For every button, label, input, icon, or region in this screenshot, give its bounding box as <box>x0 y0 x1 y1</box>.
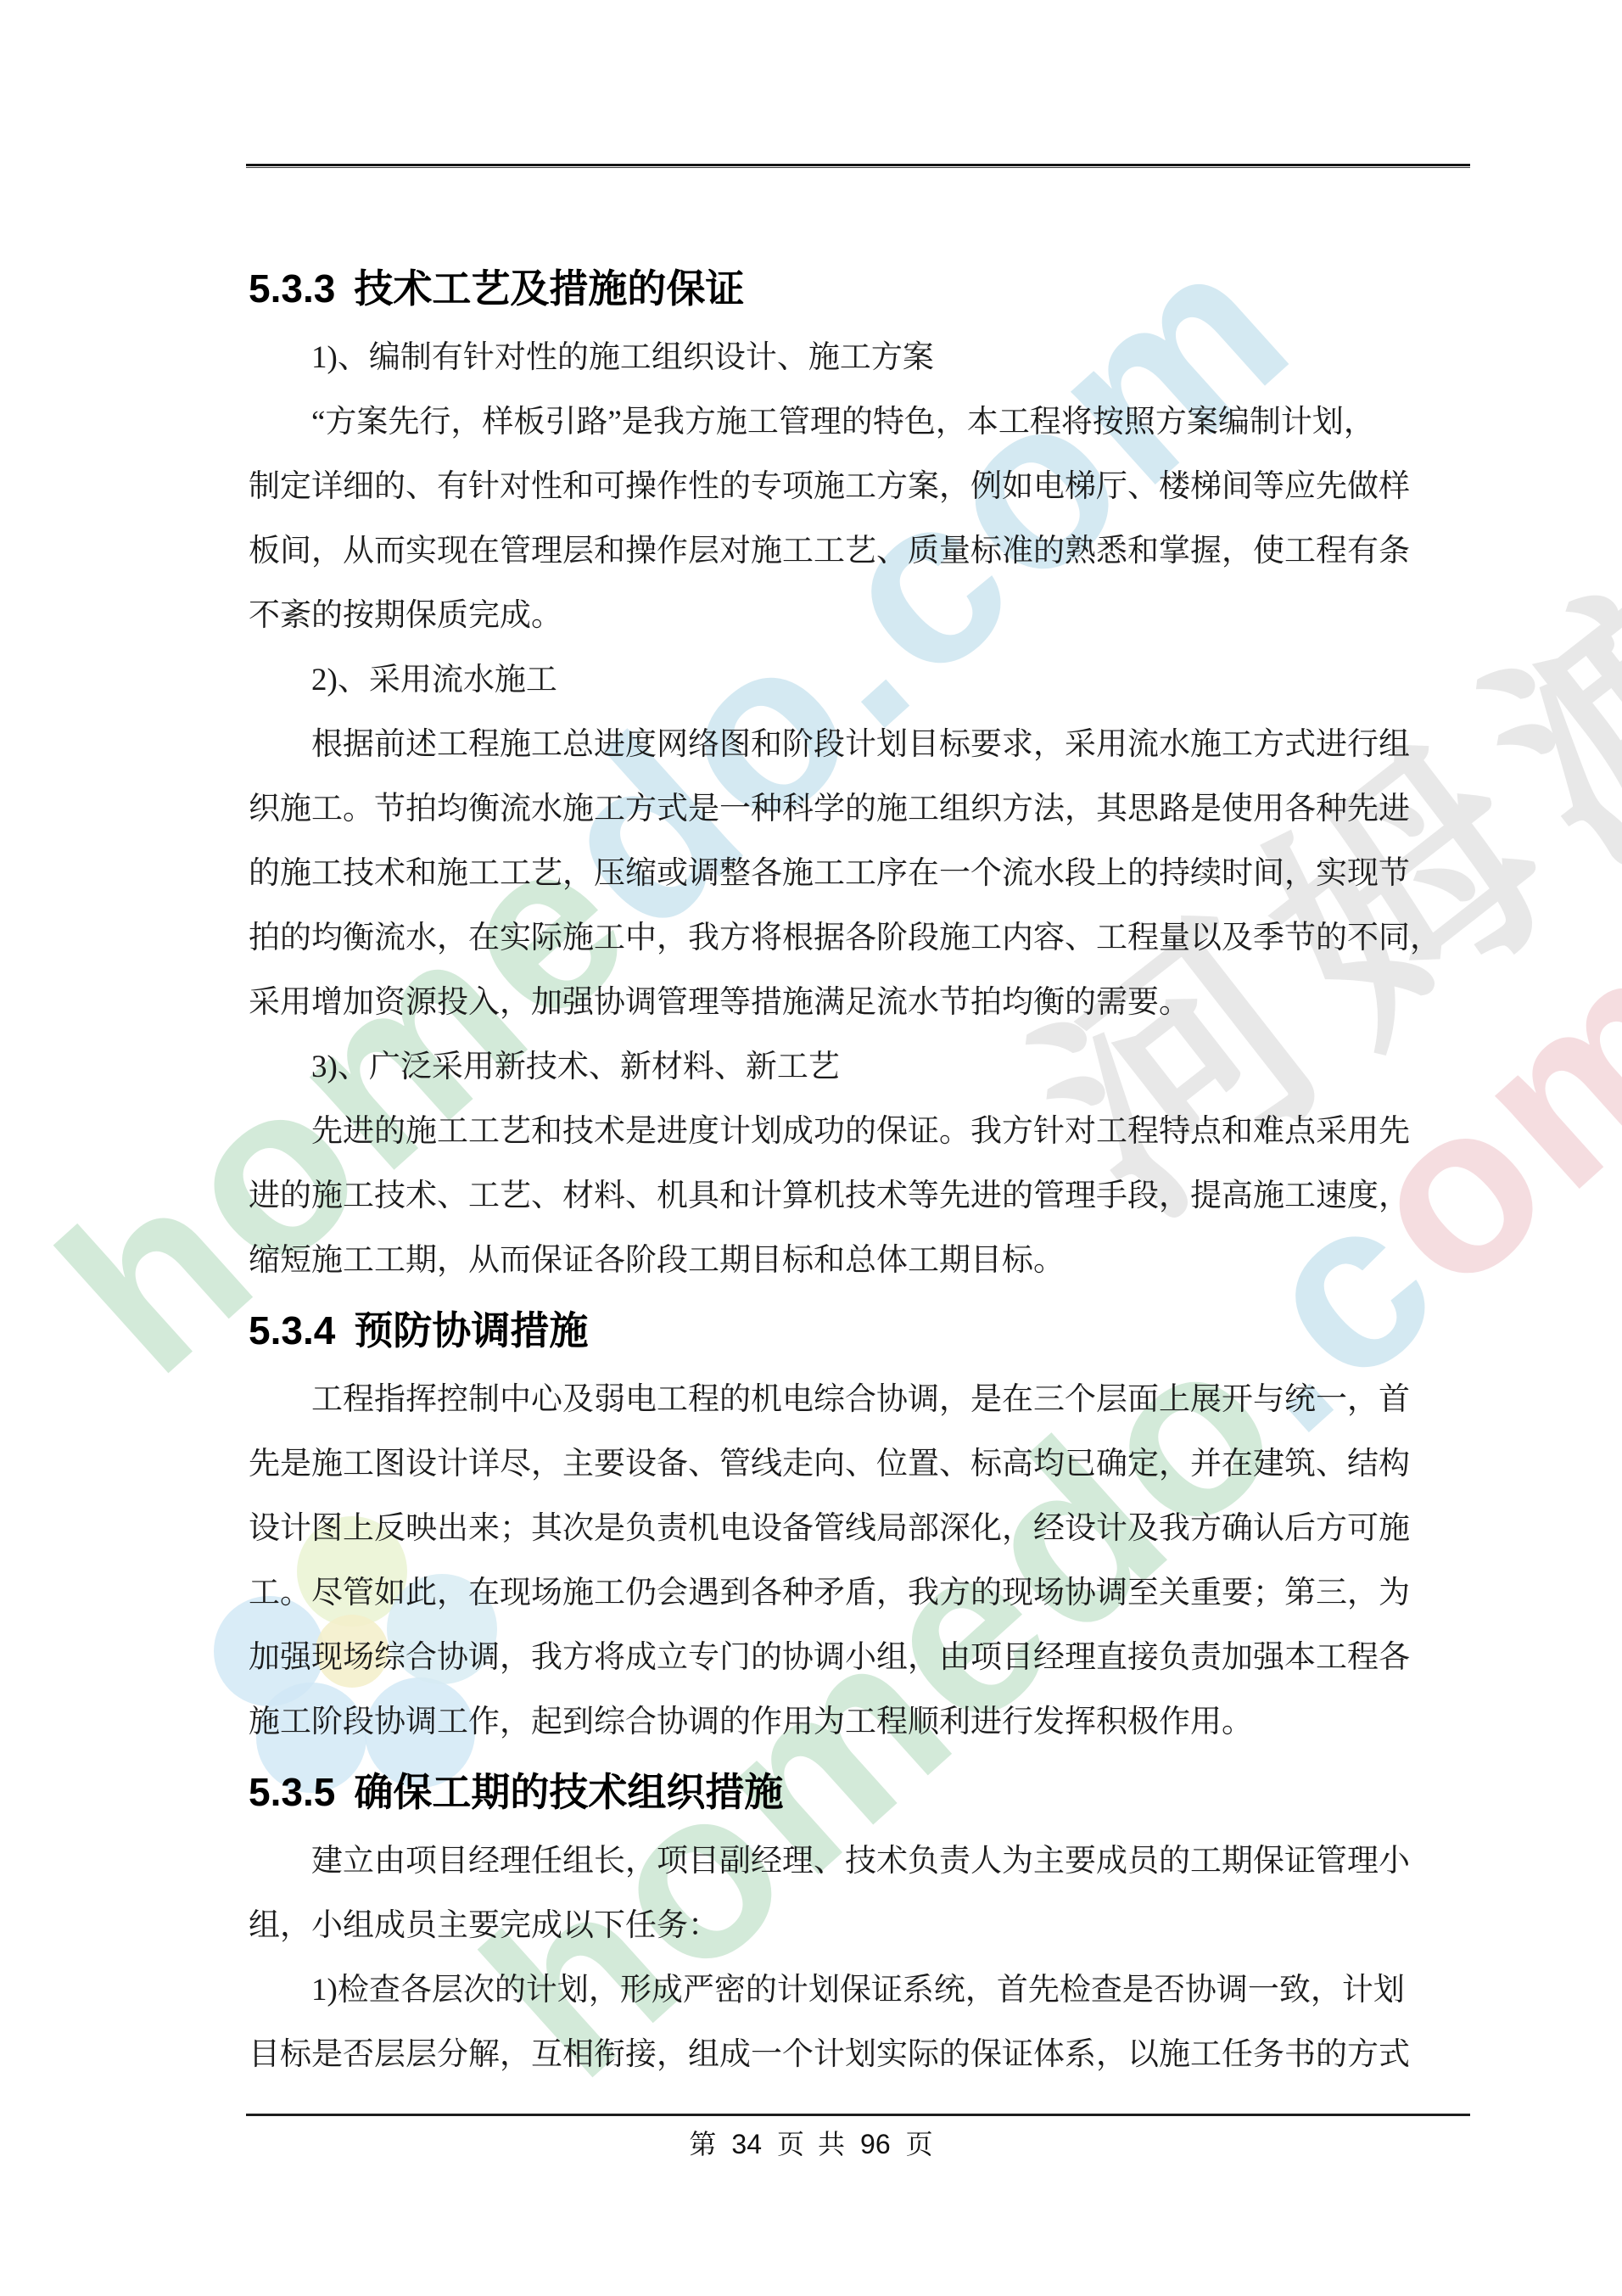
paragraph: 建立由项目经理任组长，项目副经理、技术负责人为主要成员的工期保证管理小组，小组成… <box>249 1829 1382 1958</box>
text-line: 施工阶段协调工作，起到综合协调的作用为工程顺利进行发挥积极作用。 <box>249 1690 1382 1755</box>
paragraph: 根据前述工程施工总进度网络图和阶段计划目标要求，采用流水施工方式进行组织施工。节… <box>249 713 1382 1035</box>
section-number: 5.3.5 <box>249 1770 335 1814</box>
footer-label: 页 <box>777 2129 804 2159</box>
text-line: 不紊的按期保质完成。 <box>249 584 1382 648</box>
section-title: 技术工艺及措施的保证 <box>354 266 744 311</box>
total-page-number: 96 <box>860 2129 891 2159</box>
text-line: “方案先行，样板引路”是我方施工管理的特色，本工程将按照方案编制计划， <box>249 390 1382 455</box>
document-page: homedo.com homedo.com 河姆渡 5.3.3技术工艺及措施的保… <box>0 0 1622 2296</box>
text-line: 加强现场综合协调，我方将成立专门的协调小组，由项目经理直接负责加强本工程各 <box>249 1626 1382 1690</box>
paragraph: 先进的施工工艺和技术是进度计划成功的保证。我方针对工程特点和难点采用先进的施工技… <box>249 1100 1382 1293</box>
paragraph: 2)、采用流水施工 <box>249 648 1382 713</box>
text-line: 工程指挥控制中心及弱电工程的机电综合协调，是在三个层面上展开与统一，首 <box>249 1368 1382 1432</box>
section-number: 5.3.3 <box>249 266 335 311</box>
section-number: 5.3.4 <box>249 1308 335 1352</box>
section-title: 确保工期的技术组织措施 <box>354 1770 783 1814</box>
footer-label: 共 <box>818 2129 845 2159</box>
section-title: 预防协调措施 <box>354 1308 588 1352</box>
text-line: 先进的施工工艺和技术是进度计划成功的保证。我方针对工程特点和难点采用先 <box>249 1100 1382 1164</box>
section-heading: 5.3.3技术工艺及措施的保证 <box>249 251 1382 326</box>
text-line: 设计图上反映出来；其次是负责机电设备管线局部深化，经设计及我方确认后方可施 <box>249 1497 1382 1561</box>
text-line: 目标是否层层分解，互相衔接，组成一个计划实际的保证体系，以施工任务书的方式 <box>249 2023 1382 2087</box>
text-line: 缩短施工工期，从而保证各阶段工期目标和总体工期目标。 <box>249 1229 1382 1293</box>
paragraph: 1)检查各层次的计划，形成严密的计划保证系统，首先检查是否协调一致，计划目标是否… <box>249 1958 1382 2087</box>
text-line: 1)检查各层次的计划，形成严密的计划保证系统，首先检查是否协调一致，计划 <box>249 1958 1382 2023</box>
text-line: 拍的均衡流水，在实际施工中，我方将根据各阶段施工内容、工程量以及季节的不同， <box>249 906 1382 971</box>
page-number-footer: 第34页共96页 <box>0 2123 1622 2162</box>
text-line: 先是施工图设计详尽，主要设备、管线走向、位置、标高均已确定，并在建筑、结构 <box>249 1432 1382 1497</box>
text-line: 建立由项目经理任组长，项目副经理、技术负责人为主要成员的工期保证管理小 <box>249 1829 1382 1894</box>
section-heading: 5.3.4预防协调措施 <box>249 1293 1382 1368</box>
paragraph: 1)、编制有针对性的施工组织设计、施工方案 <box>249 326 1382 390</box>
text-line: 织施工。节拍均衡流水施工方式是一种科学的施工组织方法，其思路是使用各种先进 <box>249 777 1382 842</box>
text-line: 根据前述工程施工总进度网络图和阶段计划目标要求，采用流水施工方式进行组 <box>249 713 1382 777</box>
text-line: 制定详细的、有针对性和可操作性的专项施工方案，例如电梯厅、楼梯间等应先做样 <box>249 455 1382 519</box>
footer-label: 页 <box>906 2129 933 2159</box>
text-line: 工。尽管如此，在现场施工仍会遇到各种矛盾，我方的现场协调至关重要；第三，为 <box>249 1561 1382 1626</box>
paragraph: 3)、广泛采用新技术、新材料、新工艺 <box>249 1035 1382 1100</box>
text-line: 3)、广泛采用新技术、新材料、新工艺 <box>249 1035 1382 1100</box>
current-page-number: 34 <box>731 2129 762 2159</box>
text-line: 1)、编制有针对性的施工组织设计、施工方案 <box>249 326 1382 390</box>
text-line: 采用增加资源投入，加强协调管理等措施满足流水节拍均衡的需要。 <box>249 971 1382 1035</box>
text-line: 的施工技术和施工工艺，压缩或调整各施工工序在一个流水段上的持续时间，实现节 <box>249 842 1382 906</box>
text-line: 板间，从而实现在管理层和操作层对施工工艺、质量标准的熟悉和掌握，使工程有条 <box>249 519 1382 584</box>
document-blocks: 5.3.3技术工艺及措施的保证1)、编制有针对性的施工组织设计、施工方案“方案先… <box>249 251 1382 2087</box>
paragraph: “方案先行，样板引路”是我方施工管理的特色，本工程将按照方案编制计划，制定详细的… <box>249 390 1382 648</box>
section-heading: 5.3.5确保工期的技术组织措施 <box>249 1755 1382 1829</box>
footer-label: 第 <box>689 2129 716 2159</box>
paragraph: 工程指挥控制中心及弱电工程的机电综合协调，是在三个层面上展开与统一，首先是施工图… <box>249 1368 1382 1755</box>
text-line: 进的施工技术、工艺、材料、机具和计算机技术等先进的管理手段，提高施工速度， <box>249 1164 1382 1229</box>
header-rule <box>246 164 1470 168</box>
text-line: 2)、采用流水施工 <box>249 648 1382 713</box>
footer-rule <box>246 2114 1470 2116</box>
text-line: 组，小组成员主要完成以下任务： <box>249 1894 1382 1958</box>
